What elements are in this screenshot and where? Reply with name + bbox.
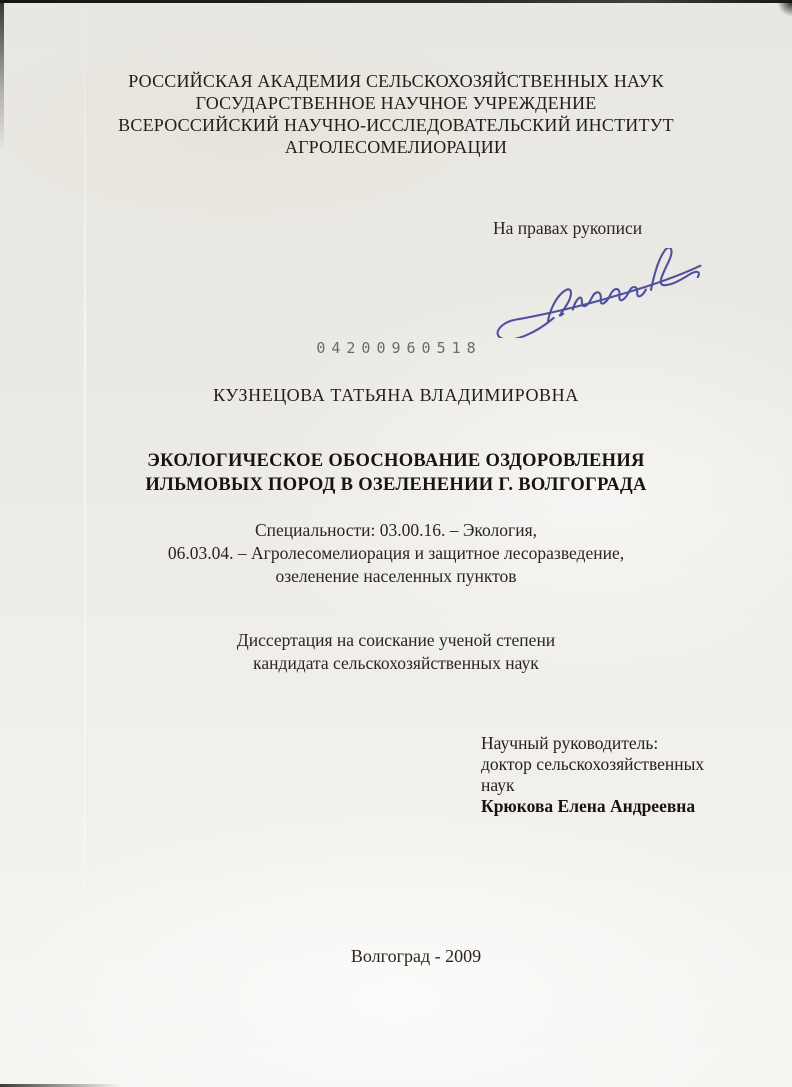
- manuscript-rights-note: На правах рукописи: [493, 218, 753, 239]
- specialty-line-1: Специальности: 03.00.16. – Экология,: [0, 519, 792, 542]
- supervisor-section: Научный руководитель: доктор сельскохозя…: [481, 733, 771, 817]
- thesis-type-line-2: кандидата сельскохозяйственных наук: [0, 652, 792, 675]
- institution-header: РОССИЙСКАЯ АКАДЕМИЯ СЕЛЬСКОХОЗЯЙСТВЕННЫХ…: [0, 70, 792, 158]
- specialties-section: Специальности: 03.00.16. – Экология, 06.…: [0, 519, 792, 588]
- scan-edge-top: [0, 0, 792, 3]
- scan-edge-right-smudge: [778, 2, 792, 16]
- title-line-1: ЭКОЛОГИЧЕСКОЕ ОБОСНОВАНИЕ ОЗДОРОВЛЕНИЯ: [0, 449, 792, 473]
- institution-line-2: ГОСУДАРСТВЕННОЕ НАУЧНОЕ УЧРЕЖДЕНИЕ: [0, 92, 792, 114]
- institution-line-4: АГРОЛЕСОМЕЛИОРАЦИИ: [0, 136, 792, 158]
- specialty-line-2: 06.03.04. – Агролесомелиорация и защитно…: [0, 542, 792, 565]
- registration-number: 04200960518: [0, 339, 792, 357]
- institution-line-3: ВСЕРОССИЙСКИЙ НАУЧНО-ИССЛЕДОВАТЕЛЬСКИЙ И…: [0, 114, 792, 136]
- city-year-footer: Волгоград - 2009: [0, 946, 792, 967]
- scanned-title-page: РОССИЙСКАЯ АКАДЕМИЯ СЕЛЬСКОХОЗЯЙСТВЕННЫХ…: [0, 0, 792, 1087]
- supervisor-degree-line-1: доктор сельскохозяйственных: [481, 754, 771, 775]
- signature-ink-icon: [487, 248, 715, 338]
- supervisor-label: Научный руководитель:: [481, 733, 771, 754]
- thesis-type-statement: Диссертация на соискание ученой степени …: [0, 629, 792, 675]
- institution-line-1: РОССИЙСКАЯ АКАДЕМИЯ СЕЛЬСКОХОЗЯЙСТВЕННЫХ…: [0, 70, 792, 92]
- author-name: КУЗНЕЦОВА ТАТЬЯНА ВЛАДИМИРОВНА: [0, 385, 792, 406]
- supervisor-degree-line-2: наук: [481, 775, 771, 796]
- thesis-type-line-1: Диссертация на соискание ученой степени: [0, 629, 792, 652]
- supervisor-name: Крюкова Елена Андреевна: [481, 796, 771, 817]
- handwritten-signature: [487, 248, 715, 338]
- title-line-2: ИЛЬМОВЫХ ПОРОД В ОЗЕЛЕНЕНИИ Г. ВОЛГОГРАД…: [0, 473, 792, 497]
- dissertation-title: ЭКОЛОГИЧЕСКОЕ ОБОСНОВАНИЕ ОЗДОРОВЛЕНИЯ И…: [0, 449, 792, 497]
- specialty-line-3: озеленение населенных пунктов: [0, 565, 792, 588]
